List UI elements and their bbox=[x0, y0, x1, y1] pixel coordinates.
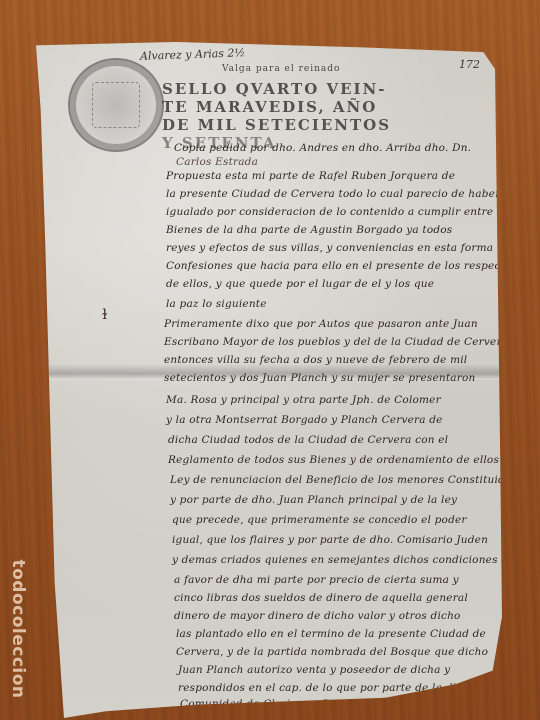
document-page: Alvarez y Arias 2½ 172 Valga para el rei… bbox=[36, 42, 502, 718]
handwritten-line: las plantado ello en el termino de la pr… bbox=[176, 628, 486, 640]
handwritten-line: respondidos en el cap. de lo que por par… bbox=[178, 682, 469, 694]
handwritten-line: igual, que los flaires y por parte de dh… bbox=[172, 534, 488, 546]
handwritten-line: de ellos, y que quede por el lugar de el… bbox=[166, 278, 434, 290]
handwritten-line: dinero de mayor dinero de dicho valor y … bbox=[174, 610, 461, 622]
stamp-line: SELLO QVARTO VEIN- bbox=[162, 80, 387, 98]
handwritten-line: y demas criados quienes en semejantes di… bbox=[172, 554, 498, 566]
handwritten-line: setecientos y dos Juan Planch y su mujer… bbox=[164, 372, 475, 384]
handwritten-line: Carlos Estrada bbox=[176, 156, 258, 168]
handwritten-line: la paz lo siguiente bbox=[166, 298, 267, 310]
watermark-text: todocoleccion bbox=[8, 559, 28, 698]
stamp-line: DE MIL SETECIENTOS bbox=[162, 116, 391, 134]
handwritten-line: a favor de dha mi parte por precio de ci… bbox=[174, 574, 459, 586]
handwritten-line: y la otra Montserrat Borgado y Planch Ce… bbox=[166, 414, 443, 426]
royal-seal-icon bbox=[68, 58, 164, 152]
handwritten-line: Copia pedida por dho. Andres en dho. Arr… bbox=[174, 142, 471, 154]
handwritten-line: igualado por consideracion de lo conteni… bbox=[166, 206, 493, 218]
handwritten-line: Ley de renunciacion del Beneficio de los… bbox=[170, 474, 517, 486]
handwritten-line: entonces villa su fecha a dos y nueve de… bbox=[164, 354, 467, 366]
stamp-small-heading: Valga para el reinado bbox=[222, 64, 340, 74]
handwritten-line: Cervera, y de la partida nombrada del Bo… bbox=[176, 646, 488, 658]
handwritten-line: Bienes de la dha parte de Agustin Borgad… bbox=[166, 224, 452, 236]
handwritten-line: Comunidad de Clerigos y Presbiteros de l… bbox=[180, 698, 487, 710]
handwritten-line: cinco libras dos sueldos de dinero de aq… bbox=[174, 592, 468, 604]
handwritten-line: Reglamento de todos sus Bienes y de orde… bbox=[168, 454, 530, 466]
handwritten-line: Propuesta esta mi parte de Rafel Ruben J… bbox=[166, 170, 455, 182]
handwritten-line: Confesiones que hacia para ello en el pr… bbox=[166, 260, 527, 272]
todocoleccion-watermark: todocoleccion bbox=[6, 544, 30, 714]
stamp-line: TE MARAVEDIS, AÑO bbox=[162, 98, 377, 116]
handwritten-line: Escribano Mayor de los pueblos y del de … bbox=[164, 336, 508, 348]
handwritten-line: Juan Planch autorizo venta y poseedor de… bbox=[178, 664, 450, 676]
handwritten-line: Ma. Rosa y principal y otra parte Jph. d… bbox=[166, 394, 441, 406]
handwritten-line: que precede, que primeramente se concedi… bbox=[172, 514, 467, 526]
top-annotation: Alvarez y Arias 2½ bbox=[140, 46, 245, 63]
handwritten-line: reyes y efectos de sus villas, y conveni… bbox=[166, 242, 493, 254]
margin-mark: ɫ bbox=[102, 307, 107, 323]
handwritten-line: Primeramente dixo que por Autos que pasa… bbox=[164, 318, 478, 330]
folio-number: 172 bbox=[459, 58, 480, 71]
handwritten-line: de dicha Ciudad de Cervera y de los Rdos… bbox=[180, 712, 480, 720]
handwritten-line: y por parte de dho. Juan Planch principa… bbox=[170, 494, 457, 506]
handwritten-line: la presente Ciudad de Cervera todo lo cu… bbox=[166, 188, 510, 200]
handwritten-line: dicha Ciudad todos de la Ciudad de Cerve… bbox=[168, 434, 448, 446]
